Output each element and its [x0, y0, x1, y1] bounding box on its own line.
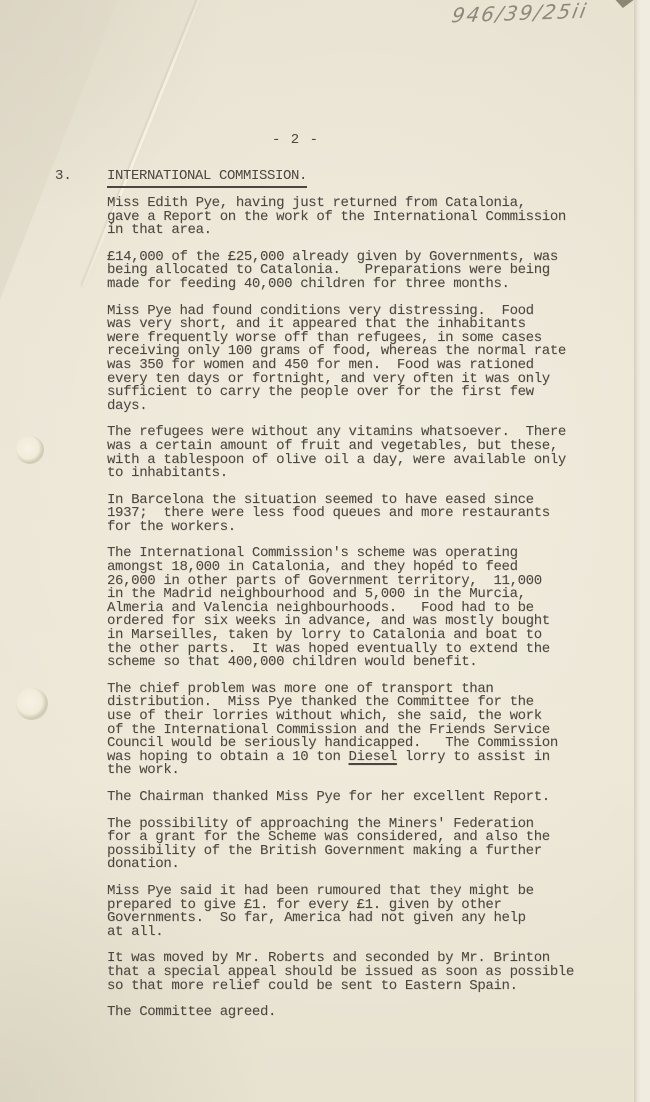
paragraph-barcelona: In Barcelona the situation seemed to hav… [107, 494, 612, 535]
paragraph-transport-underlined-word: Diesel [349, 749, 397, 765]
paragraph-refugees: The refugees were without any vitamins w… [107, 426, 612, 480]
paragraph-conditions: Miss Pye had found conditions very distr… [107, 305, 612, 414]
paragraph-chairman-thanks: The Chairman thanked Miss Pye for her ex… [107, 791, 612, 805]
paragraph-motion: It was moved by Mr. Roberts and seconded… [107, 952, 612, 993]
document-body: Miss Edith Pye, having just returned fro… [107, 197, 612, 1033]
paragraph-transport: The chief problem was more one of transp… [107, 683, 612, 778]
paragraph-matching-grant: Miss Pye said it had been rumoured that … [107, 885, 612, 939]
paragraph-intro: Miss Edith Pye, having just returned fro… [107, 197, 612, 238]
paragraph-funding: £14,000 of the £25,000 already given by … [107, 251, 612, 292]
section-title: INTERNATIONAL COMMISSION. [107, 168, 307, 188]
page-number: - 2 - [272, 132, 319, 148]
page-right-edge [634, 0, 650, 1102]
paragraph-scheme: The International Commission's scheme wa… [107, 547, 612, 669]
punch-hole-top [16, 436, 44, 464]
paragraph-miners-federation: The possibility of approaching the Miner… [107, 818, 612, 872]
section-number: 3. [55, 168, 72, 184]
paragraph-agreed: The Committee agreed. [107, 1006, 612, 1020]
punch-hole-bottom [16, 688, 48, 720]
